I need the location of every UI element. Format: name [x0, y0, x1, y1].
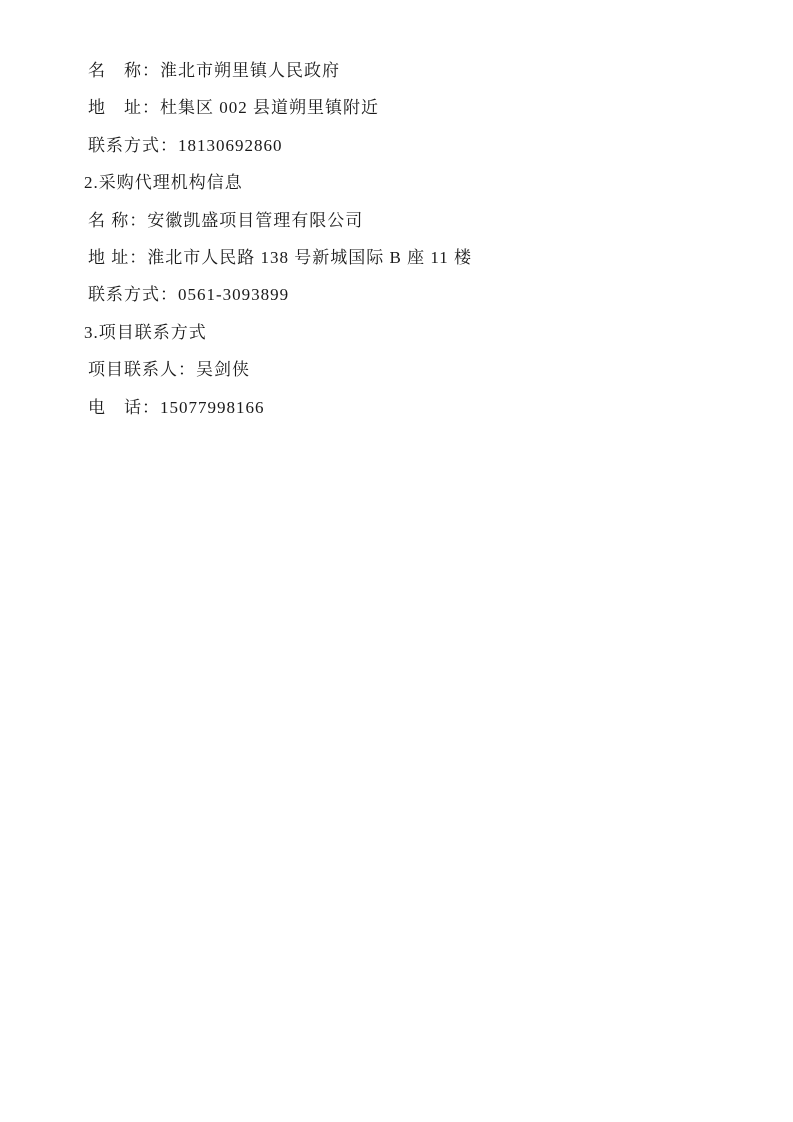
project-phone-line: 电 话：15077998166	[84, 389, 733, 426]
document-content: 名 称：淮北市朔里镇人民政府 地 址：杜集区 002 县道朔里镇附近 联系方式：…	[84, 52, 733, 426]
document-page: 名 称：淮北市朔里镇人民政府 地 址：杜集区 002 县道朔里镇附近 联系方式：…	[0, 0, 793, 1122]
agency-address-line: 地 址：淮北市人民路 138 号新城国际 B 座 11 楼	[84, 239, 733, 276]
purchaser-contact-line: 联系方式：18130692860	[84, 127, 733, 164]
purchaser-address-line: 地 址：杜集区 002 县道朔里镇附近	[84, 89, 733, 126]
purchaser-name-line: 名 称：淮北市朔里镇人民政府	[84, 52, 733, 89]
agency-contact-line: 联系方式：0561-3093899	[84, 276, 733, 313]
project-contact-person-line: 项目联系人：吴剑侠	[84, 351, 733, 388]
agency-name-line: 名 称：安徽凯盛项目管理有限公司	[84, 202, 733, 239]
project-contact-heading: 3.项目联系方式	[84, 314, 733, 351]
agency-info-heading: 2.采购代理机构信息	[84, 164, 733, 201]
